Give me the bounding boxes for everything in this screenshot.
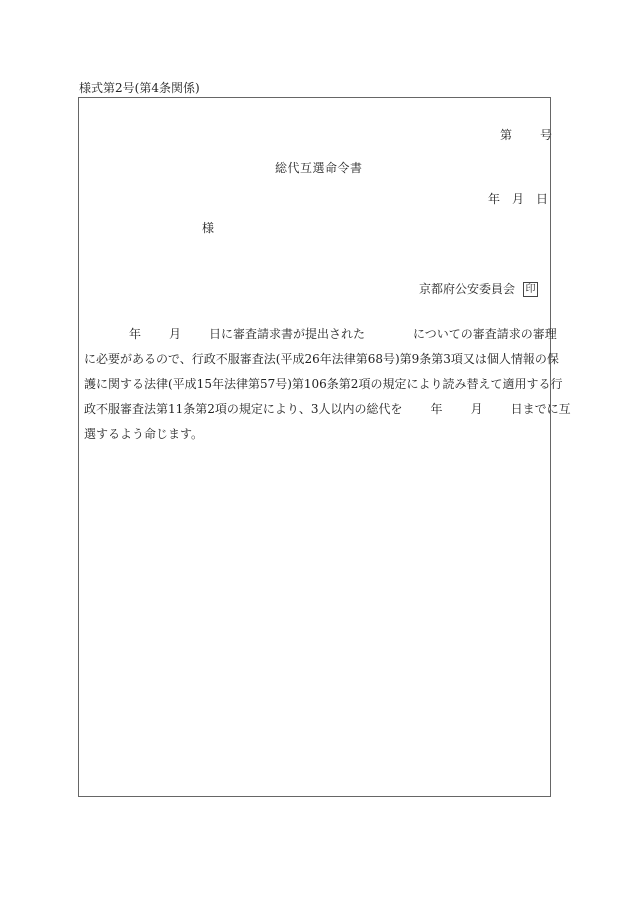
date-month: 月	[512, 192, 524, 206]
body-line-1: 年月日に審査請求書が提出されたについての審査請求の審理	[84, 322, 550, 347]
issuer-line: 京都府公安委員会印	[419, 280, 538, 297]
document-title: 総代互選命令書	[275, 159, 363, 176]
issuer-name: 京都府公安委員会	[419, 282, 515, 296]
document-body: 年月日に審査請求書が提出されたについての審査請求の審理 に必要があるので、行政不…	[84, 322, 550, 447]
document-frame	[78, 97, 551, 797]
document-number-line: 第号	[500, 126, 552, 143]
addressee: 様	[202, 219, 214, 236]
body-line-5: 選するよう命じます。	[84, 422, 550, 447]
body-line-2: に必要があるので、行政不服審査法(平成26年法律第68号)第9条第3項又は個人情…	[84, 347, 550, 372]
issue-date-line: 年月日	[488, 190, 548, 207]
seal-mark: 印	[523, 282, 538, 297]
number-suffix: 号	[540, 126, 552, 143]
number-prefix: 第	[500, 126, 512, 143]
body-line-3: 護に関する法律(平成15年法律第57号)第106条第2項の規定により読み替えて適…	[84, 372, 550, 397]
date-year: 年	[488, 192, 500, 206]
body-line-4: 政不服審査法第11条第2項の規定により、3人以内の総代を年月日までに互	[84, 397, 550, 422]
date-day: 日	[536, 192, 548, 206]
form-number-label: 様式第2号(第4条関係)	[79, 79, 200, 96]
